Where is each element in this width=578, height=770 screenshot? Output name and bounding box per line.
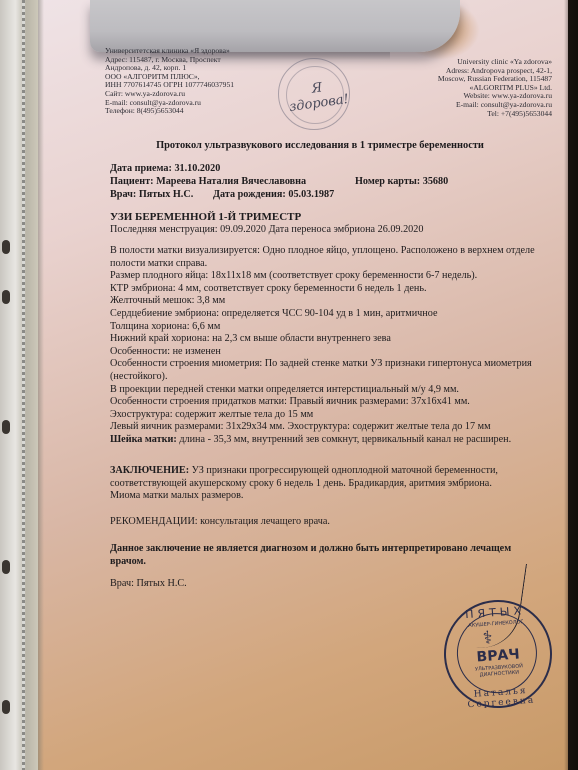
letterhead-line: Tel: +7(495)5653044 xyxy=(352,110,552,119)
finding-line: Толщина хориона: 6,6 мм xyxy=(110,321,535,334)
binder-hole xyxy=(2,420,10,434)
doctor-name: Врач: Пятых Н.С. xyxy=(110,189,193,200)
cervix-label: Шейка матки: xyxy=(110,434,177,445)
patient-row: Пациент: Мареева Наталия Вячеславовна Но… xyxy=(110,176,540,189)
document-title: Протокол ультразвукового исследования в … xyxy=(110,140,530,151)
doctor-stamp: ПЯТЫХ АКУШЕР-ГИНЕКОЛОГ ⚕ ВРАЧ УЛЬТРАЗВУК… xyxy=(440,596,555,711)
conclusion-extra: Миома матки малых размеров. xyxy=(110,490,540,503)
finding-line: В полости матки визуализируется: Одно пл… xyxy=(110,245,535,270)
findings: В полости матки визуализируется: Одно пл… xyxy=(110,245,535,447)
binder-hole xyxy=(2,240,10,254)
cervix-text: длина - 35,3 мм, внутренний зев сомкнут,… xyxy=(177,434,511,445)
disclaimer: Данное заключение не является диагнозом … xyxy=(110,543,530,568)
edge-shadow xyxy=(564,0,578,770)
visit-date: Дата приема: 31.10.2020 xyxy=(110,163,540,176)
sleeve-perforation xyxy=(22,0,25,770)
conclusion-label: ЗАКЛЮЧЕНИЕ: xyxy=(110,465,189,476)
conclusion-main: ЗАКЛЮЧЕНИЕ: УЗ признаки прогрессирующей … xyxy=(110,465,540,490)
binder-hole xyxy=(2,560,10,574)
binder-hole xyxy=(2,700,10,714)
finding-line: Желточный мешок: 3,8 мм xyxy=(110,295,535,308)
finding-line: Левый яичник размерами: 31x29x34 мм. Эхо… xyxy=(110,421,535,434)
finding-line: Особенности: не изменен xyxy=(110,346,535,359)
last-menstruation: Последняя менструация: 09.09.2020 Дата п… xyxy=(110,224,540,237)
finding-line: КТР эмбриона: 4 мм, соответствует сроку … xyxy=(110,283,535,296)
finding-line: Эхоструктура: содержит желтые тела до 15… xyxy=(110,409,535,422)
card-number: Номер карты: 35680 xyxy=(355,176,448,189)
conclusion: ЗАКЛЮЧЕНИЕ: УЗ признаки прогрессирующей … xyxy=(110,465,540,503)
clinic-logo: Я здорова! xyxy=(278,58,350,130)
cervix-finding: Шейка матки: длина - 35,3 мм, внутренний… xyxy=(110,434,535,447)
doctor-row: Врач: Пятых Н.С. Дата рождения: 05.03.19… xyxy=(110,189,540,202)
letterhead-left: Университетская клиника «Я здорова» Адре… xyxy=(105,47,295,116)
recommendations: РЕКОМЕНДАЦИИ: консультация лечащего врач… xyxy=(110,516,540,529)
finding-line: Сердцебиение эмбриона: определяется ЧСС … xyxy=(110,308,535,321)
finding-line: Размер плодного яйца: 18x11x18 мм (соотв… xyxy=(110,270,535,283)
patient-name: Пациент: Мареева Наталия Вячеславовна xyxy=(110,176,306,187)
finding-line: Нижний край хориона: на 2,3 см выше обла… xyxy=(110,333,535,346)
finding-line: В проекции передней стенки матки определ… xyxy=(110,384,535,397)
letterhead-line: Телефон: 8(495)5653044 xyxy=(105,107,295,116)
finding-line: Особенности строения миометрия: По задне… xyxy=(110,358,535,383)
section-title: УЗИ БЕРЕМЕННОЙ 1-Й ТРИМЕСТР xyxy=(110,211,540,224)
finding-line: Особенности строения придатков матки: Пр… xyxy=(110,396,535,409)
caduceus-icon: ⚕ xyxy=(482,628,493,647)
folded-paper-corner xyxy=(90,0,460,52)
binder-hole xyxy=(2,290,10,304)
letterhead-right: University clinic «Ya zdorova» Adress: A… xyxy=(352,58,552,118)
birth-date: Дата рождения: 05.03.1987 xyxy=(213,189,334,202)
